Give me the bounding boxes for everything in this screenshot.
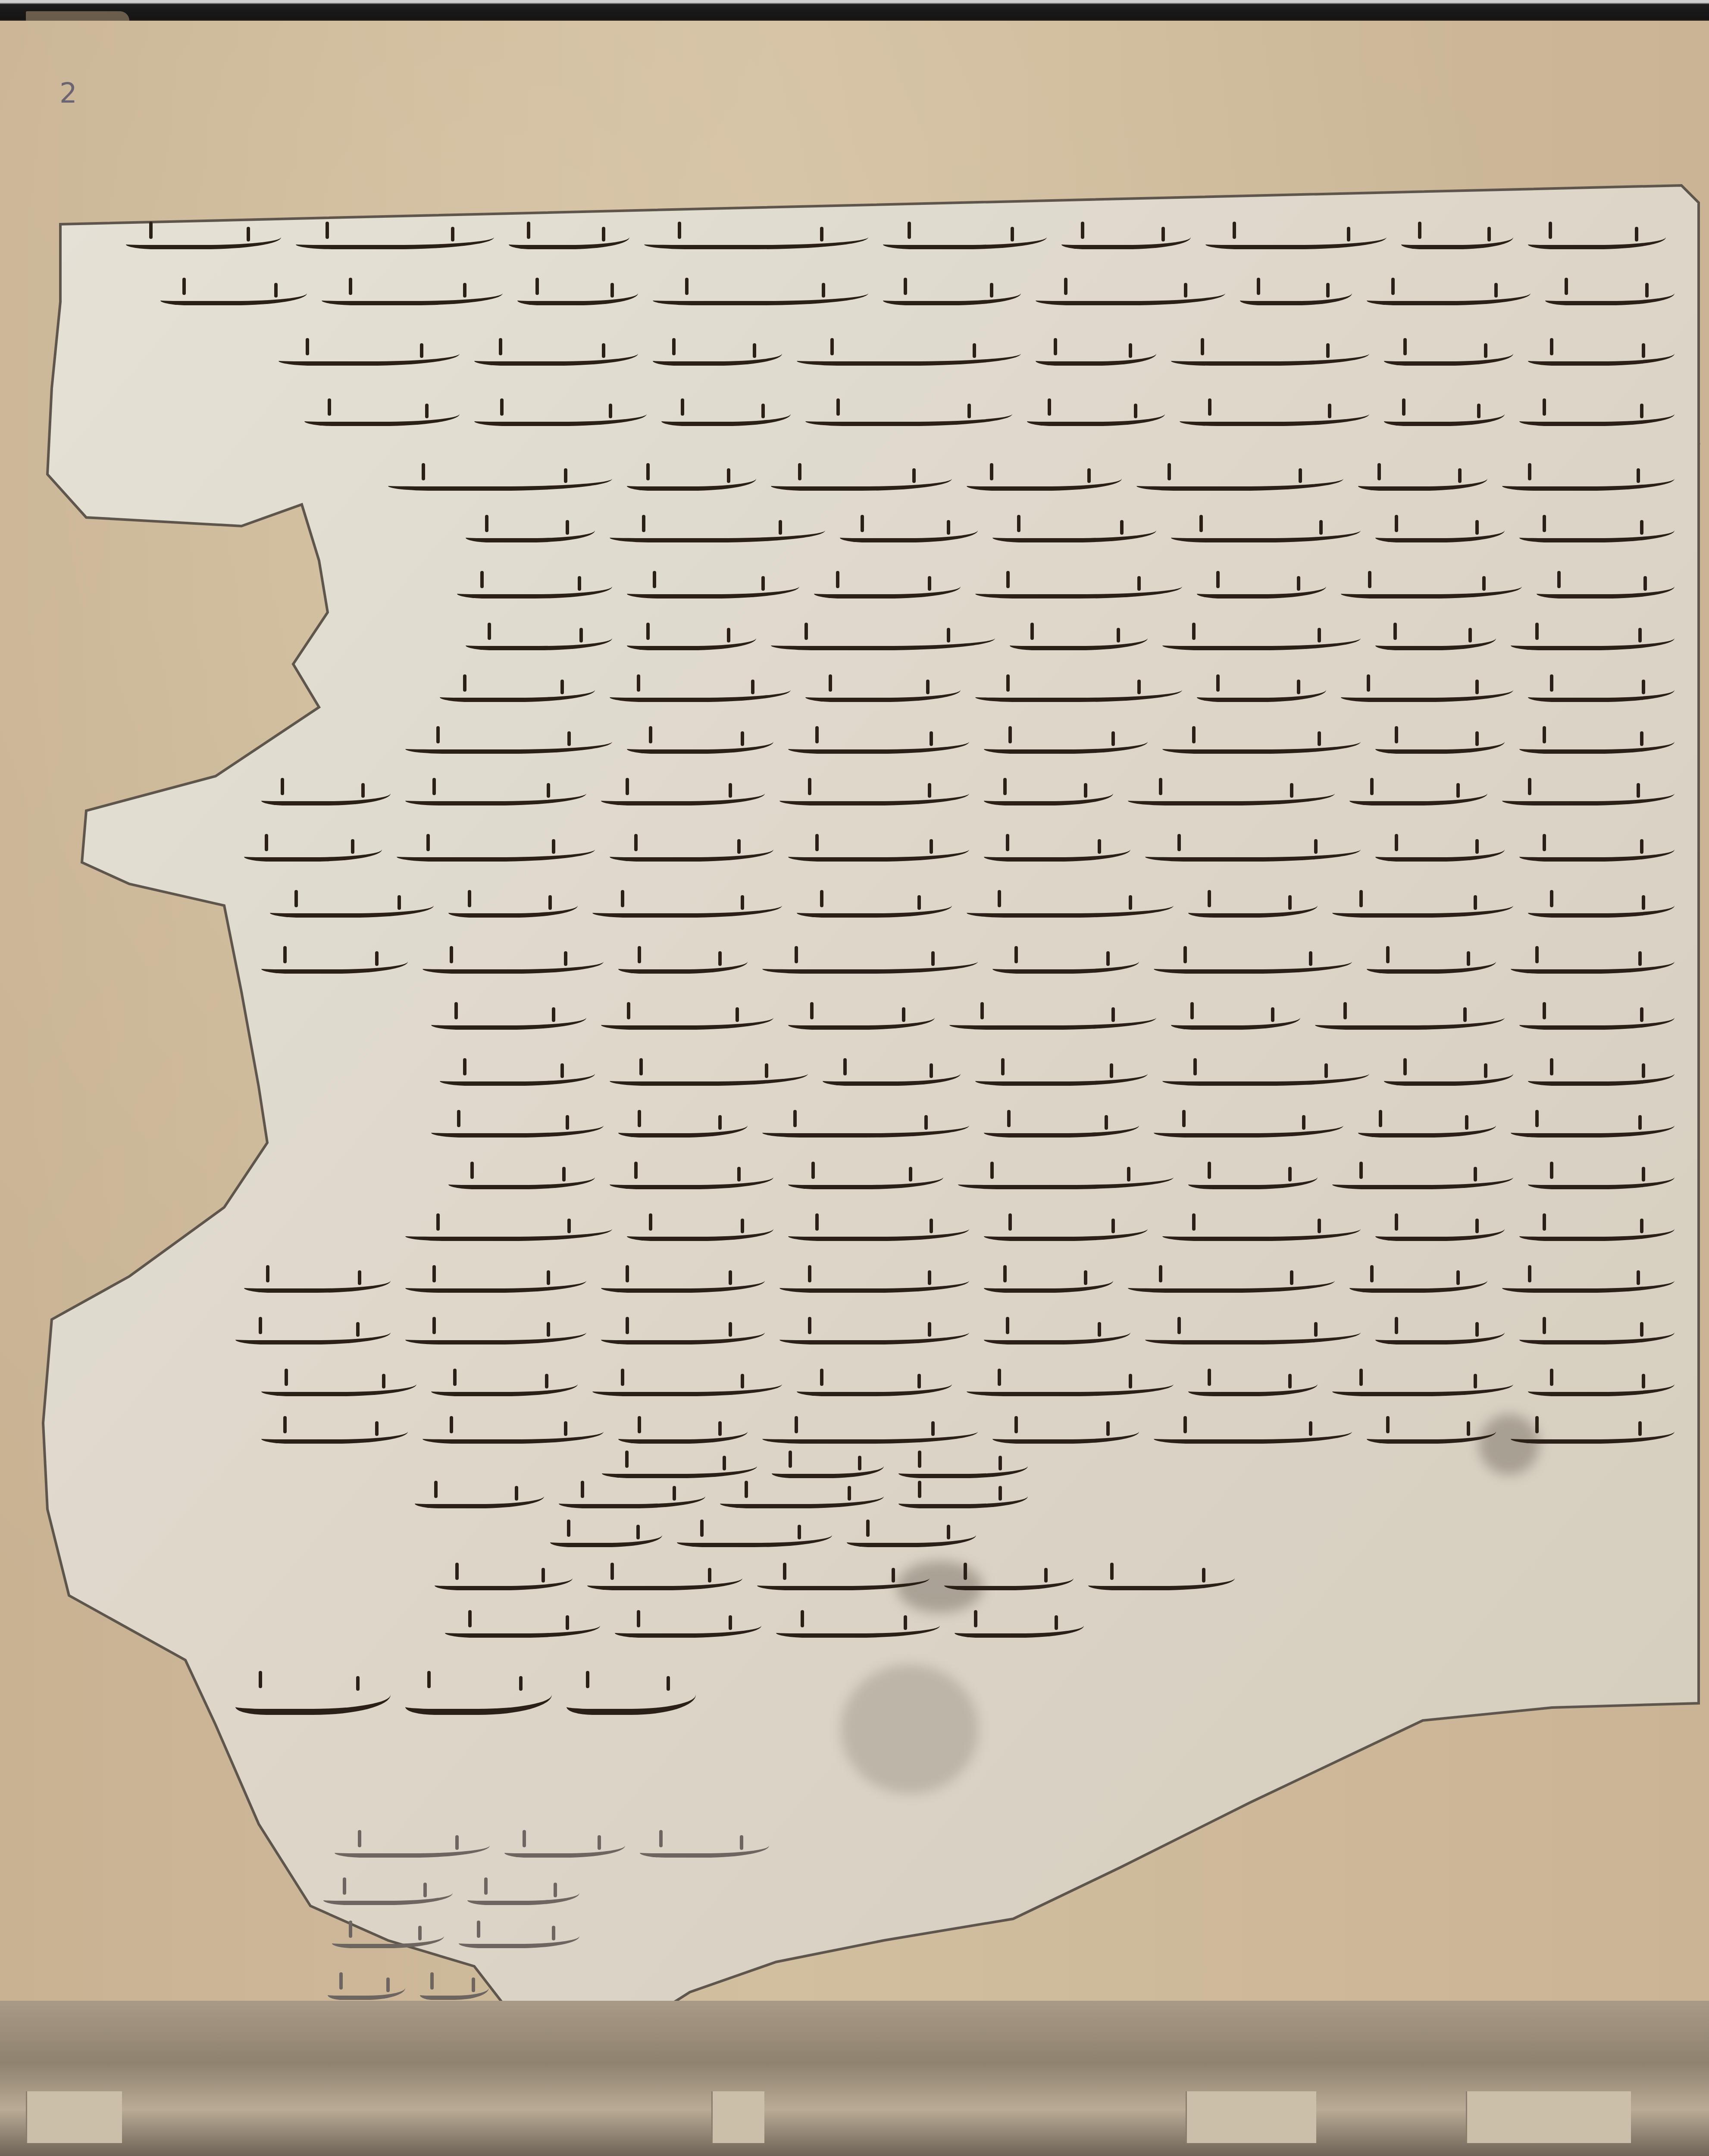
parchment-fragment bbox=[0, 0, 1709, 2156]
text-line bbox=[252, 1164, 1675, 1190]
faint-note-line bbox=[304, 1923, 579, 1949]
underlying-sheet bbox=[711, 2091, 764, 2143]
text-line-closing bbox=[476, 1453, 1028, 1479]
witness-line bbox=[502, 1522, 976, 1548]
text-line bbox=[62, 1319, 1675, 1345]
text-line bbox=[36, 280, 1675, 306]
text-line bbox=[71, 837, 1675, 862]
text-line bbox=[45, 341, 1675, 367]
text-line bbox=[131, 780, 1675, 806]
text-line bbox=[321, 677, 1675, 703]
text-line bbox=[71, 466, 1675, 492]
underlying-sheet bbox=[26, 2091, 122, 2143]
text-line bbox=[338, 517, 1675, 543]
faint-note-line bbox=[295, 1833, 769, 1858]
text-line bbox=[114, 1419, 1675, 1445]
underlying-sheet bbox=[1466, 2091, 1631, 2143]
signature bbox=[200, 1682, 696, 1708]
text-line bbox=[338, 625, 1675, 651]
smudge bbox=[841, 1664, 979, 1794]
text-line bbox=[174, 1005, 1675, 1031]
witness-line bbox=[437, 1613, 1084, 1639]
text-line bbox=[53, 401, 1675, 427]
text-line bbox=[243, 1061, 1675, 1087]
text-line bbox=[243, 729, 1675, 755]
text-line bbox=[217, 1216, 1675, 1242]
witness-line bbox=[372, 1565, 1235, 1591]
text-line bbox=[114, 949, 1675, 975]
page-stack-edge bbox=[0, 2001, 1709, 2156]
text-line bbox=[71, 1268, 1675, 1294]
witness-line bbox=[360, 1483, 1028, 1509]
text-line bbox=[260, 1112, 1675, 1138]
text-line bbox=[45, 224, 1666, 250]
text-line bbox=[79, 1371, 1675, 1397]
text-line bbox=[347, 573, 1675, 599]
faint-note-line bbox=[304, 1880, 579, 1906]
underlying-sheet bbox=[1186, 2091, 1316, 2143]
faint-note-line bbox=[316, 1975, 489, 2001]
text-line bbox=[79, 893, 1675, 918]
